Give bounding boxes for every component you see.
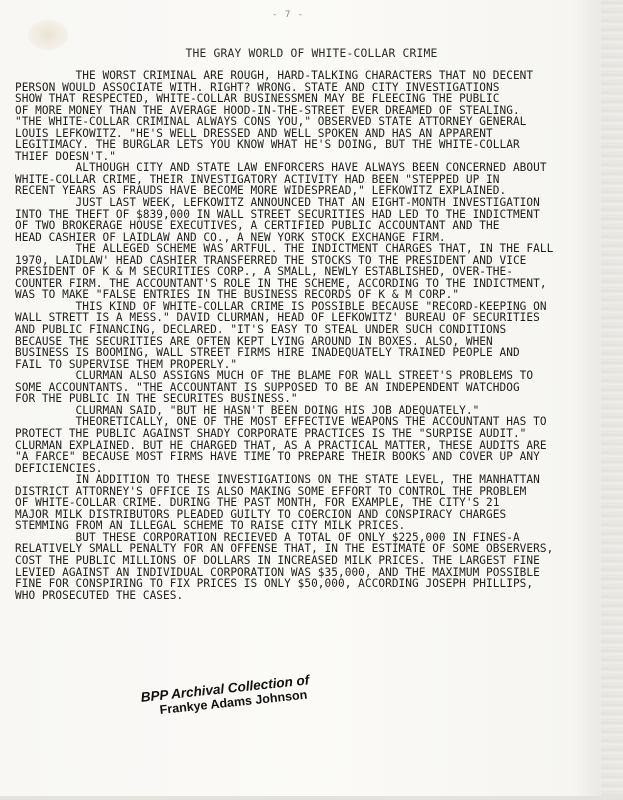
text-line: FINE FOR CONSPIRING TO FIX PRICES IS ONL… — [15, 578, 585, 590]
document-body: THE WORST CRIMINAL ARE ROUGH, HARD-TALKI… — [15, 70, 585, 601]
text-line: "A FARCE" BECAUSE MOST FIRMS HAVE TIME T… — [15, 451, 585, 463]
text-line: JUST LAST WEEK, LEFKOWITZ ANNOUNCED THAT… — [15, 197, 585, 209]
text-line: "THE WHITE-COLLAR CRIMINAL ALWAYS CONS Y… — [15, 116, 585, 128]
text-line: SHOW THAT RESPECTED, WHITE-COLLAR BUSINE… — [15, 93, 585, 105]
text-line: OF TWO BROKERAGE HOUSE EXECUTIVES, A CER… — [15, 220, 585, 232]
text-line: IN ADDITION TO THESE INVESTIGATIONS ON T… — [15, 474, 585, 486]
page-number-mark: - 7 - — [272, 10, 304, 20]
paper-stain — [28, 20, 68, 50]
scan-edge — [601, 0, 623, 800]
text-line: THE WORST CRIMINAL ARE ROUGH, HARD-TALKI… — [15, 70, 585, 82]
text-line: PROTECT THE PUBLIC AGAINST SHADY CORPORA… — [15, 428, 585, 440]
text-line: COST THE PUBLIC MILLIONS OF DOLLARS IN I… — [15, 555, 585, 567]
text-line: WHO PROSECUTED THE CASES. — [15, 590, 585, 602]
archival-stamp: BPP Archival Collection of Frankye Adams… — [140, 672, 311, 719]
scan-bottom-edge — [0, 796, 623, 800]
text-line: AND PUBLIC FINANCING, DECLARED. "IT'S EA… — [15, 324, 585, 336]
document-title: THE GRAY WORLD OF WHITE-COLLAR CRIME — [0, 47, 623, 60]
text-line: BUSINESS IS BOOMING, WALL STREET FIRMS H… — [15, 347, 585, 359]
document-page: - 7 - THE GRAY WORLD OF WHITE-COLLAR CRI… — [0, 0, 623, 800]
